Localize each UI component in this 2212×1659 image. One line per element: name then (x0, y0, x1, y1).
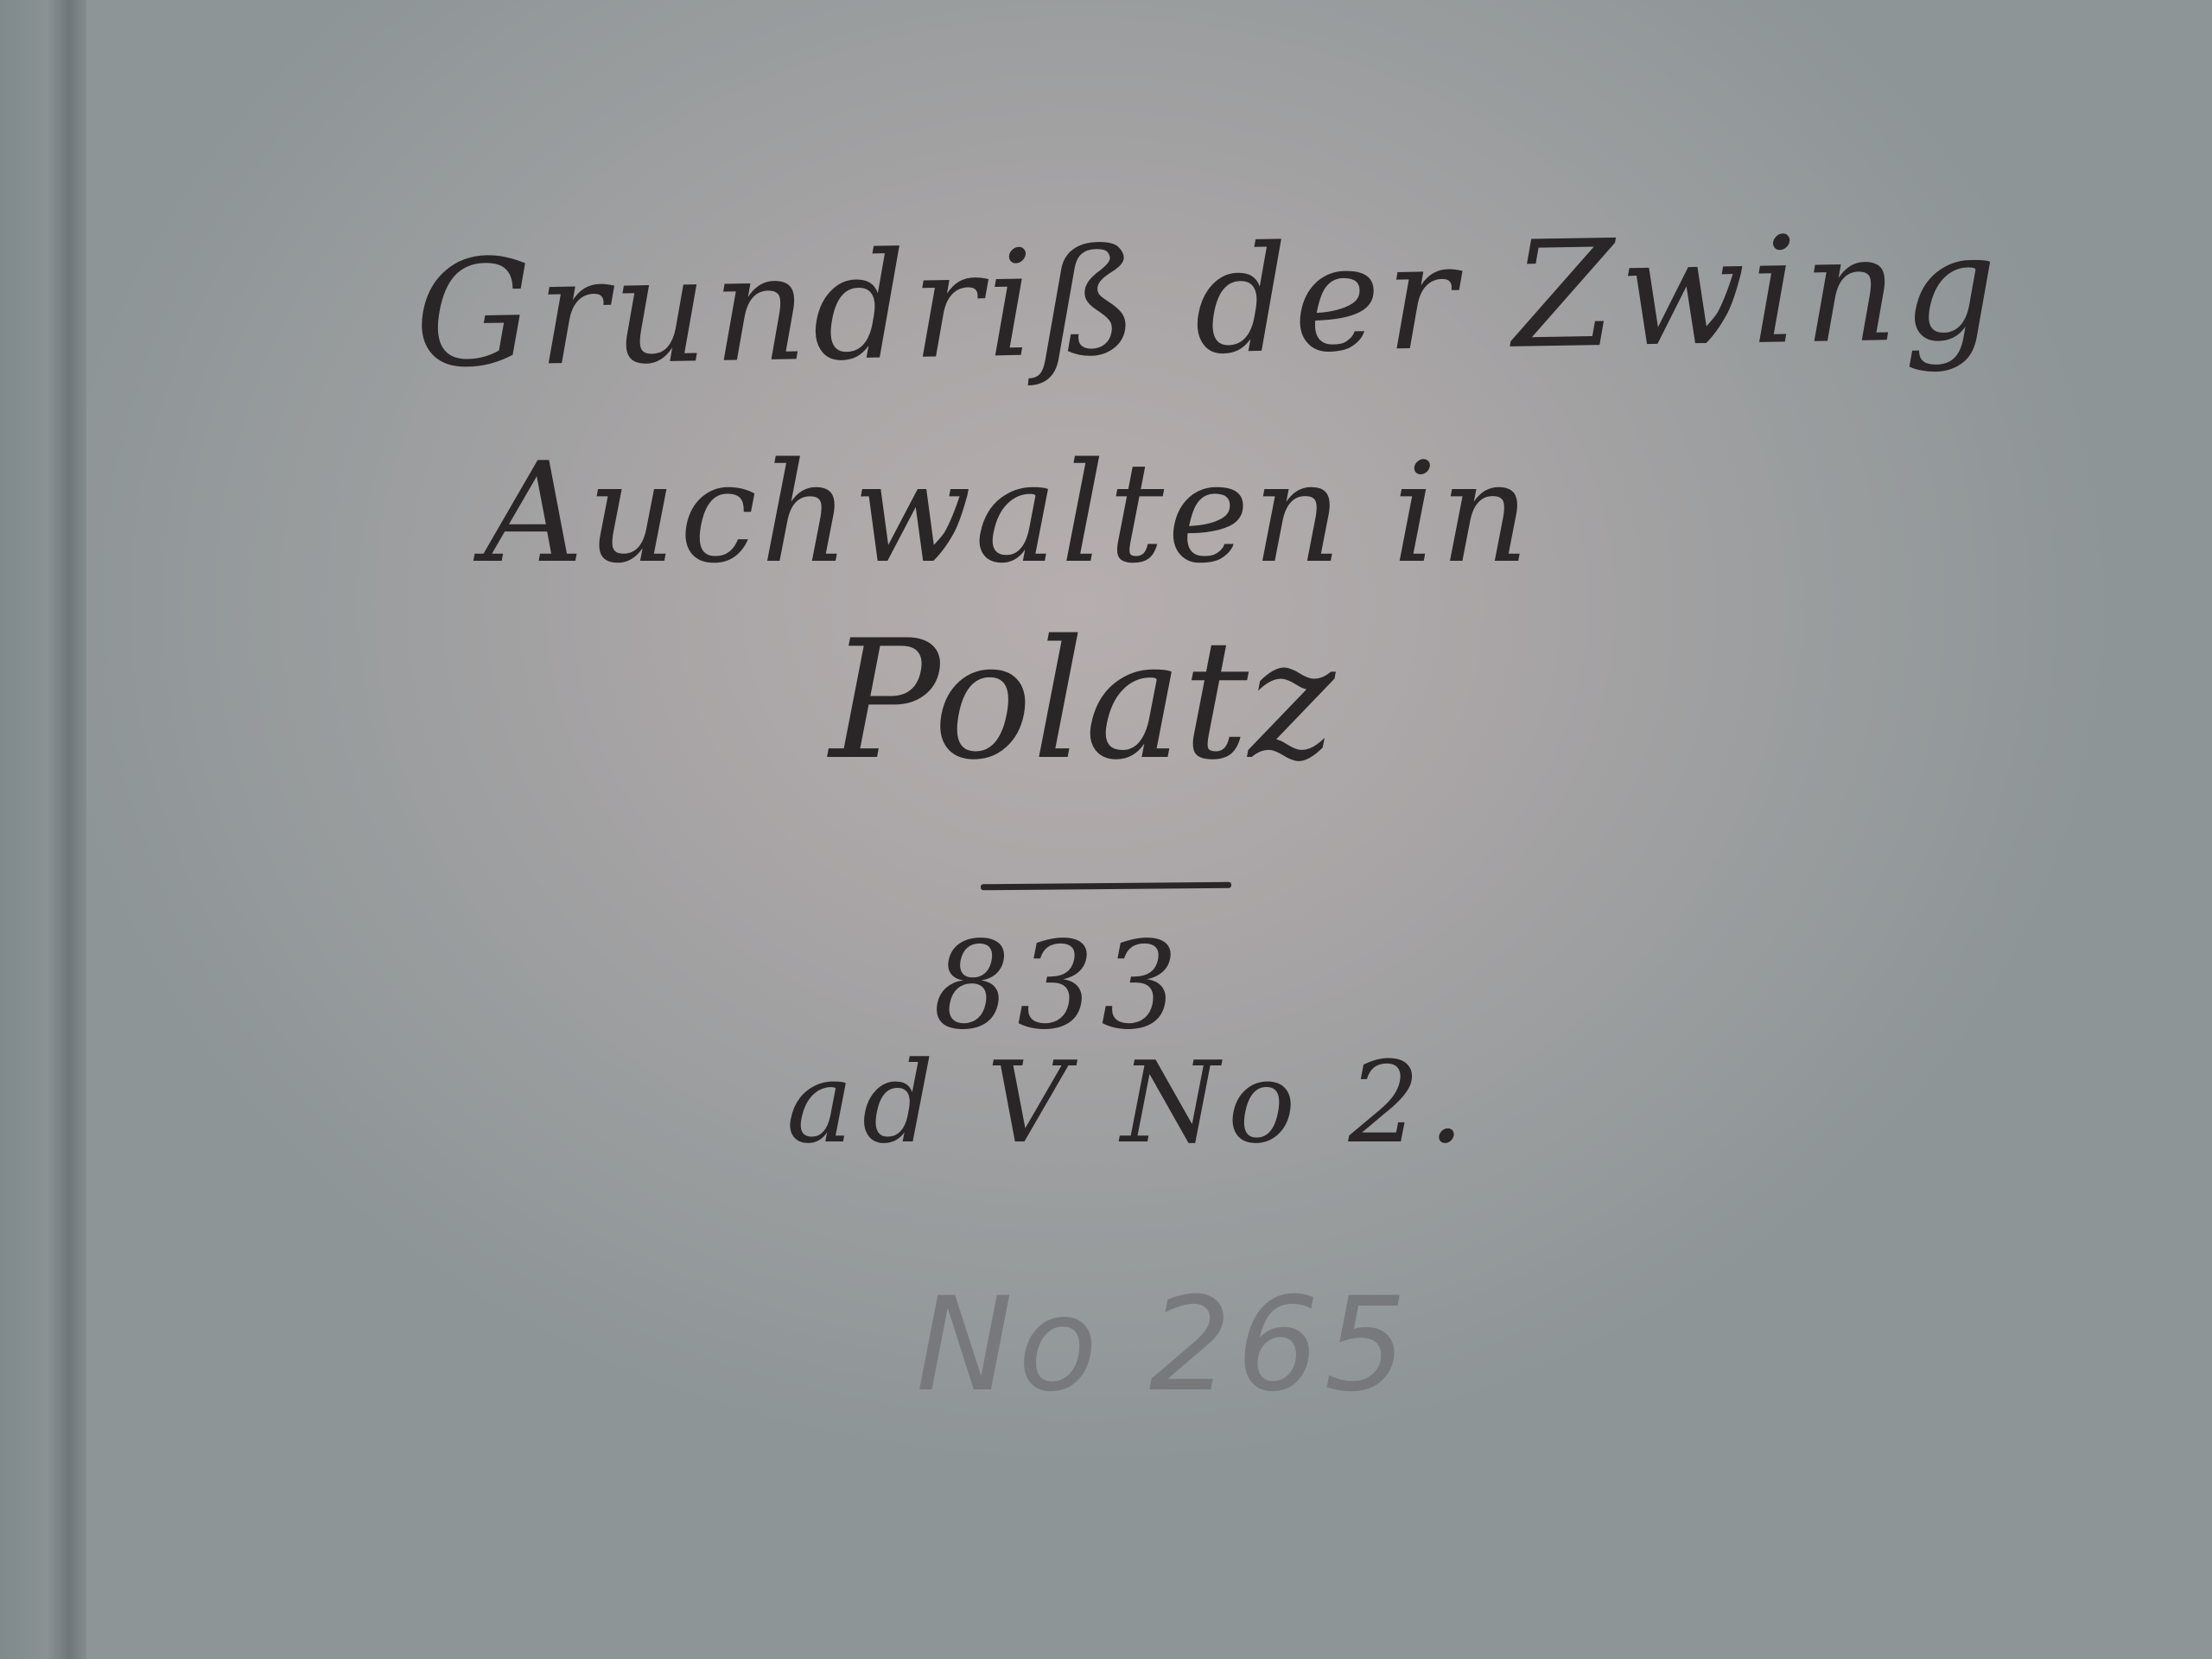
document-number: 833 (933, 916, 1185, 1057)
reference-number: ad V No 2. (786, 1037, 1473, 1168)
handwritten-title-line-1: Grundriß der Zwing (413, 202, 2003, 401)
divider-rule (981, 882, 1231, 891)
handwritten-title-line-2: Auchwalten in (484, 432, 1533, 594)
handwritten-place-name: Polatz (829, 605, 1335, 796)
pencil-catalog-number: No 265 (916, 1270, 1412, 1421)
binding-edge (0, 0, 86, 1659)
paper-page: Grundriß der Zwing Auchwalten in Polatz … (86, 0, 2212, 1659)
